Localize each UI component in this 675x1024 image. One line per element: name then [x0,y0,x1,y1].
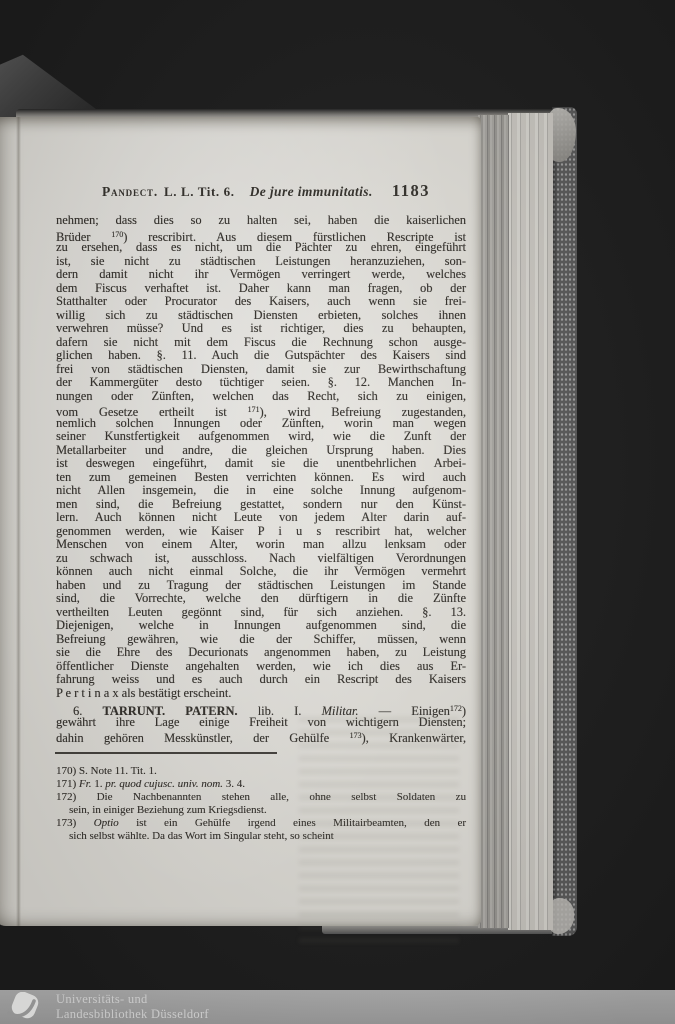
text-line: der Kammergüter desto tüchtiger seien. §… [56,376,466,390]
text-line: Metallarbeiter und andre, die gleichen U… [56,444,466,458]
text-line: haben und zu Tragung der städtischen Lei… [56,579,466,593]
running-head-abbrev: Pandect. [102,184,158,199]
running-head-title: Pandect.L. L. Tit. 6. De jure immunitati… [102,183,373,201]
text-line: ten zum gemeinen Besten verrichten könne… [56,471,466,485]
footnote-number: 173) [56,817,76,829]
footnote-rule [55,752,277,754]
text-line: öffentlicher Dienste angehalten werden, … [56,660,466,674]
text-line: genommen werden, wie Kaiser P i u s resc… [56,525,466,539]
page-block-edge-light [508,113,553,930]
running-head-cite: L. L. Tit. 6. [164,184,235,199]
text-line: fahrung weiss und es auch durch ein Resc… [56,673,466,687]
text-line: können auch nicht einmal Solche, die ihr… [56,565,466,579]
text-line: Brüder 170) rescribirt. Aus diesem fürst… [56,228,466,242]
running-head: Pandect.L. L. Tit. 6. De jure immunitati… [56,181,466,201]
text-line: glichen haben. §. 11. Auch die Gutspächt… [56,349,466,363]
text-line: Menschen von einem Alter, worin man allz… [56,538,466,552]
library-banner: Universitäts- und Landesbibliothek Düsse… [0,990,675,1024]
page-number: 1183 [392,181,430,201]
text-line: zu schwach ist, ausschloss. Nach vielfäl… [56,552,466,566]
text-line: P e r t i n a x als bestätigt erscheint. [56,687,466,701]
banner-line2: Landesbibliothek Düsseldorf [56,1007,209,1023]
book-cover-right-edge [552,107,577,936]
page-gutter-shadow [16,117,21,926]
paragraph: nehmen; dass dies so zu halten sei, habe… [56,214,466,700]
text-line: frei von städtischen Diensten, damit sie… [56,363,466,377]
text-line: 6. TARRUNT. PATERN. lib. I. Militar. — E… [56,702,466,716]
page-block-edge [478,115,509,928]
text-line: Diejenigen, welche in Innungen aufgenomm… [56,619,466,633]
scanned-book-photo: Pandect.L. L. Tit. 6. De jure immunitati… [0,0,675,1024]
text-line: Befreiung gewähren, wie die der Schiffer… [56,633,466,647]
text-line: zu ersehen, dass es nicht, um die Pächte… [56,241,466,255]
text-line: vom Gesetze ertheilt ist 171), wird Befr… [56,403,466,417]
text-line: ist, sie nicht zu städtischen Leistungen… [56,255,466,269]
page-showthrough [299,717,459,947]
text-line: sie die Ehre des Decurionats angenommen … [56,646,466,660]
banner-text: Universitäts- und Landesbibliothek Düsse… [56,992,209,1023]
book-page: Pandect.L. L. Tit. 6. De jure immunitati… [0,117,481,926]
footnote-number: 171) [56,778,76,790]
text-line: sind, die Vorrechte, welche den dürftige… [56,592,466,606]
text-line: seiner Kunstfertigkeit aufgenommen wird,… [56,430,466,444]
running-head-work-title: De jure immunitatis. [250,184,373,199]
text-line: nemlich solchen Innungen oder Zünften, w… [56,417,466,431]
footnote-number: 172) [56,791,76,803]
body-text: nehmen; dass dies so zu halten sei, habe… [56,214,466,743]
ulb-duesseldorf-logo-icon [5,992,49,1022]
text-line: men sind, die Befreiung gestattet, sonde… [56,498,466,512]
footnote-number: 170) [56,765,76,777]
text-line: dafern sie nicht mit dem Fiscus die Rech… [56,336,466,350]
text-line: willig sich zu städtischen Diensten erbi… [56,309,466,323]
text-line: dern damit nicht ihr Vermögen verringert… [56,268,466,282]
text-line: vertheilten Leuten gegönnt sind, für sic… [56,606,466,620]
text-line: Statthalter oder Procurator des Kaisers,… [56,295,466,309]
text-line: verwehren müsse? Und es ist richtiger, d… [56,322,466,336]
text-line: dem Fiscus verhaftet ist. Daher kann man… [56,282,466,296]
text-line: nungen oder Zünften, welchen das Recht, … [56,390,466,404]
text-line: ist deswegen eingeführt, damit sie die u… [56,457,466,471]
banner-line1: Universitäts- und [56,992,209,1008]
text-line: lern. Auch können nicht Leute von jedem … [56,511,466,525]
text-line: nicht Allen insgemein, die in eine solch… [56,484,466,498]
text-line: nehmen; dass dies so zu halten sei, habe… [56,214,466,228]
